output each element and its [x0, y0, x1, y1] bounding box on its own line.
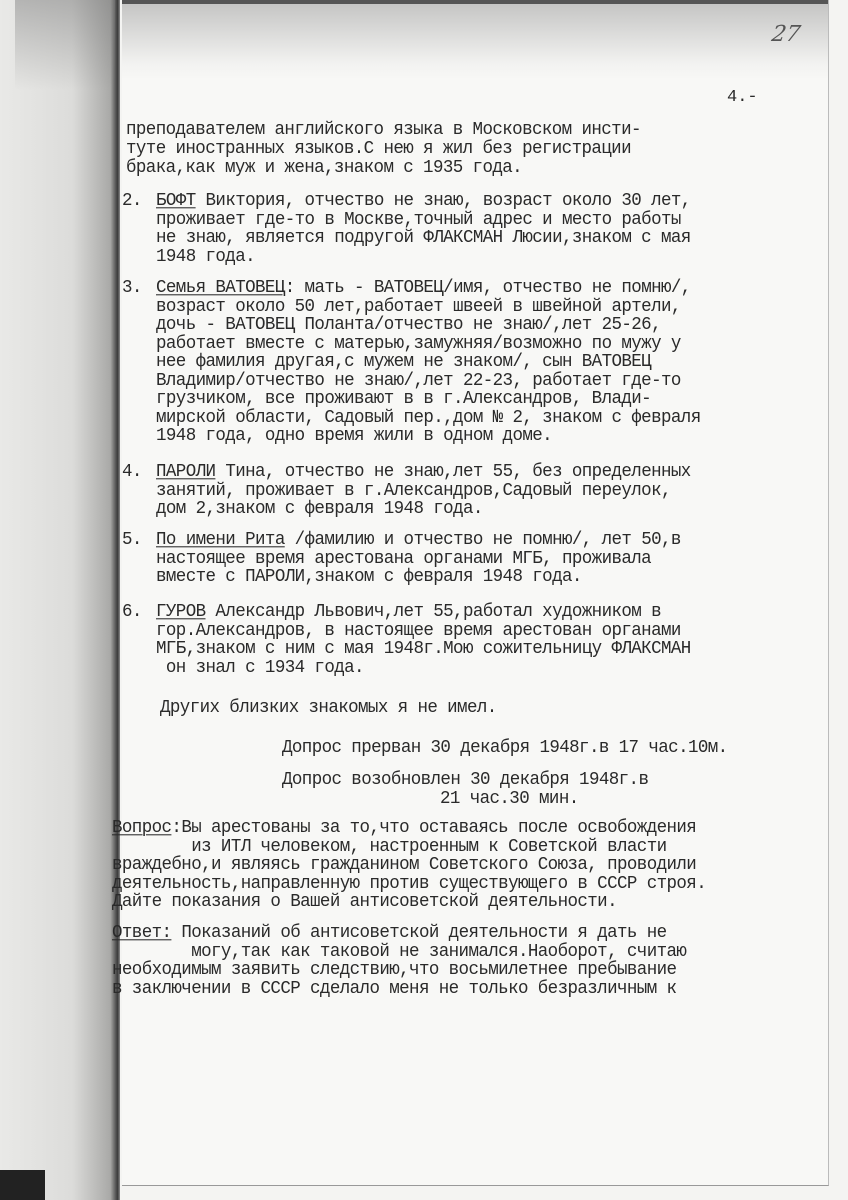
answer-line: Ответ: Показаний об антисоветской деятел…	[112, 925, 667, 943]
item-line: настоящее время арестована органами МГБ,…	[156, 550, 651, 568]
intro-line: брака,как муж и жена,знаком с 1935 года.	[126, 160, 522, 178]
intro-line: туте иностранных языков.С нею я жил без …	[126, 141, 631, 159]
page-top-edge	[122, 0, 828, 4]
item-line: Семья ВАТОВЕЦ: мать - ВАТОВЕЦ/имя, отчес…	[156, 280, 691, 298]
binding-shadow	[15, 0, 115, 90]
item-line: работает вместе с матерью,замужняя/возмо…	[156, 335, 681, 353]
underlined-name: По имени Рита	[156, 529, 285, 550]
item-line: гор.Александров, в настоящее время арест…	[156, 622, 681, 640]
underlined-name: Вопрос	[112, 817, 171, 838]
item-line: ПАРОЛИ Тина, отчество не знаю,лет 55, бе…	[156, 464, 691, 482]
document-page: 27 4.- преподавателем английского языка …	[122, 0, 829, 1186]
answer-line: в заключении в СССР сделало меня не толь…	[112, 980, 676, 998]
interrupted-line: Допрос прерван 30 декабря 1948г.в 17 час…	[282, 740, 728, 758]
item-line: мирской области, Садовый пер.,дом № 2, з…	[156, 409, 701, 427]
question-line: из ИТЛ человеком, настроенным к Советско…	[112, 838, 667, 856]
item-number: 2.	[122, 193, 152, 211]
item-number: 3.	[122, 280, 152, 298]
item-number: 5.	[122, 532, 152, 550]
item-line: возраст около 50 лет,работает швеей в шв…	[156, 298, 681, 316]
item-line: Владимир/отчество не знаю/,лет 22-23, ра…	[156, 372, 681, 390]
item-line: По имени Рита /фамилию и отчество не пом…	[156, 532, 681, 550]
underlined-name: ПАРОЛИ	[156, 461, 215, 482]
question-line: Вопрос:Вы арестованы за то,что оставаясь…	[112, 820, 696, 838]
answer-line: необходимым заявить следствию,что восьми…	[112, 962, 676, 980]
underlined-name: Ответ:	[112, 922, 171, 943]
closing-line: Других близких знакомых я не имел.	[160, 700, 497, 718]
item-line: занятий, проживает в г.Александров,Садов…	[156, 482, 671, 500]
item-number: 4.	[122, 464, 152, 482]
answer-line: могу,так как таковой не занимался.Наобор…	[112, 943, 686, 961]
item-line: нее фамилия другая,с мужем не знаком/, с…	[156, 354, 651, 372]
item-line: МГБ,знаком с ним с мая 1948г.Мою сожител…	[156, 641, 691, 659]
item-line: он знал с 1934 года.	[156, 659, 364, 677]
resumed-line: Допрос возобновлен 30 декабря 1948г.в	[282, 772, 648, 790]
underlined-name: Семья ВАТОВЕЦ	[156, 277, 285, 298]
item-line: 1948 года.	[156, 248, 255, 266]
item-line: дом 2,знаком с февраля 1948 года.	[156, 501, 483, 519]
item-line: 1948 года, одно время жили в одном доме.	[156, 428, 552, 446]
question-line: враждебно,и являясь гражданином Советско…	[112, 857, 696, 875]
item-line: дочь - ВАТОВЕЦ Поланта/отчество не знаю/…	[156, 317, 661, 335]
page-number: 4.-	[727, 88, 758, 107]
item-line: проживает где-то в Москве,точный адрес и…	[156, 211, 681, 229]
underlined-name: ГУРОВ	[156, 601, 206, 622]
item-line: БОФТ Виктория, отчество не знаю, возраст…	[156, 193, 691, 211]
folio-number: 27	[770, 22, 802, 47]
item-line: вместе с ПАРОЛИ,знаком с февраля 1948 го…	[156, 569, 582, 587]
item-line: ГУРОВ Александр Львович,лет 55,работал х…	[156, 604, 661, 622]
resumed-time-line: 21 час.30 мин.	[440, 791, 579, 809]
item-line: грузчиком, все проживают в в г.Александр…	[156, 391, 651, 409]
binding-shadow-bottom	[0, 1170, 45, 1200]
item-number: 6.	[122, 604, 152, 622]
question-line: Дайте показания о Вашей антисоветской де…	[112, 894, 617, 912]
item-line: не знаю, является подругой ФЛАКСМАН Люси…	[156, 230, 691, 248]
underlined-name: БОФТ	[156, 190, 196, 211]
intro-line: преподавателем английского языка в Моско…	[126, 122, 641, 140]
question-line: деятельность,направленную против существ…	[112, 875, 706, 893]
binding-margin	[0, 0, 120, 1200]
scan-shade	[122, 0, 828, 80]
